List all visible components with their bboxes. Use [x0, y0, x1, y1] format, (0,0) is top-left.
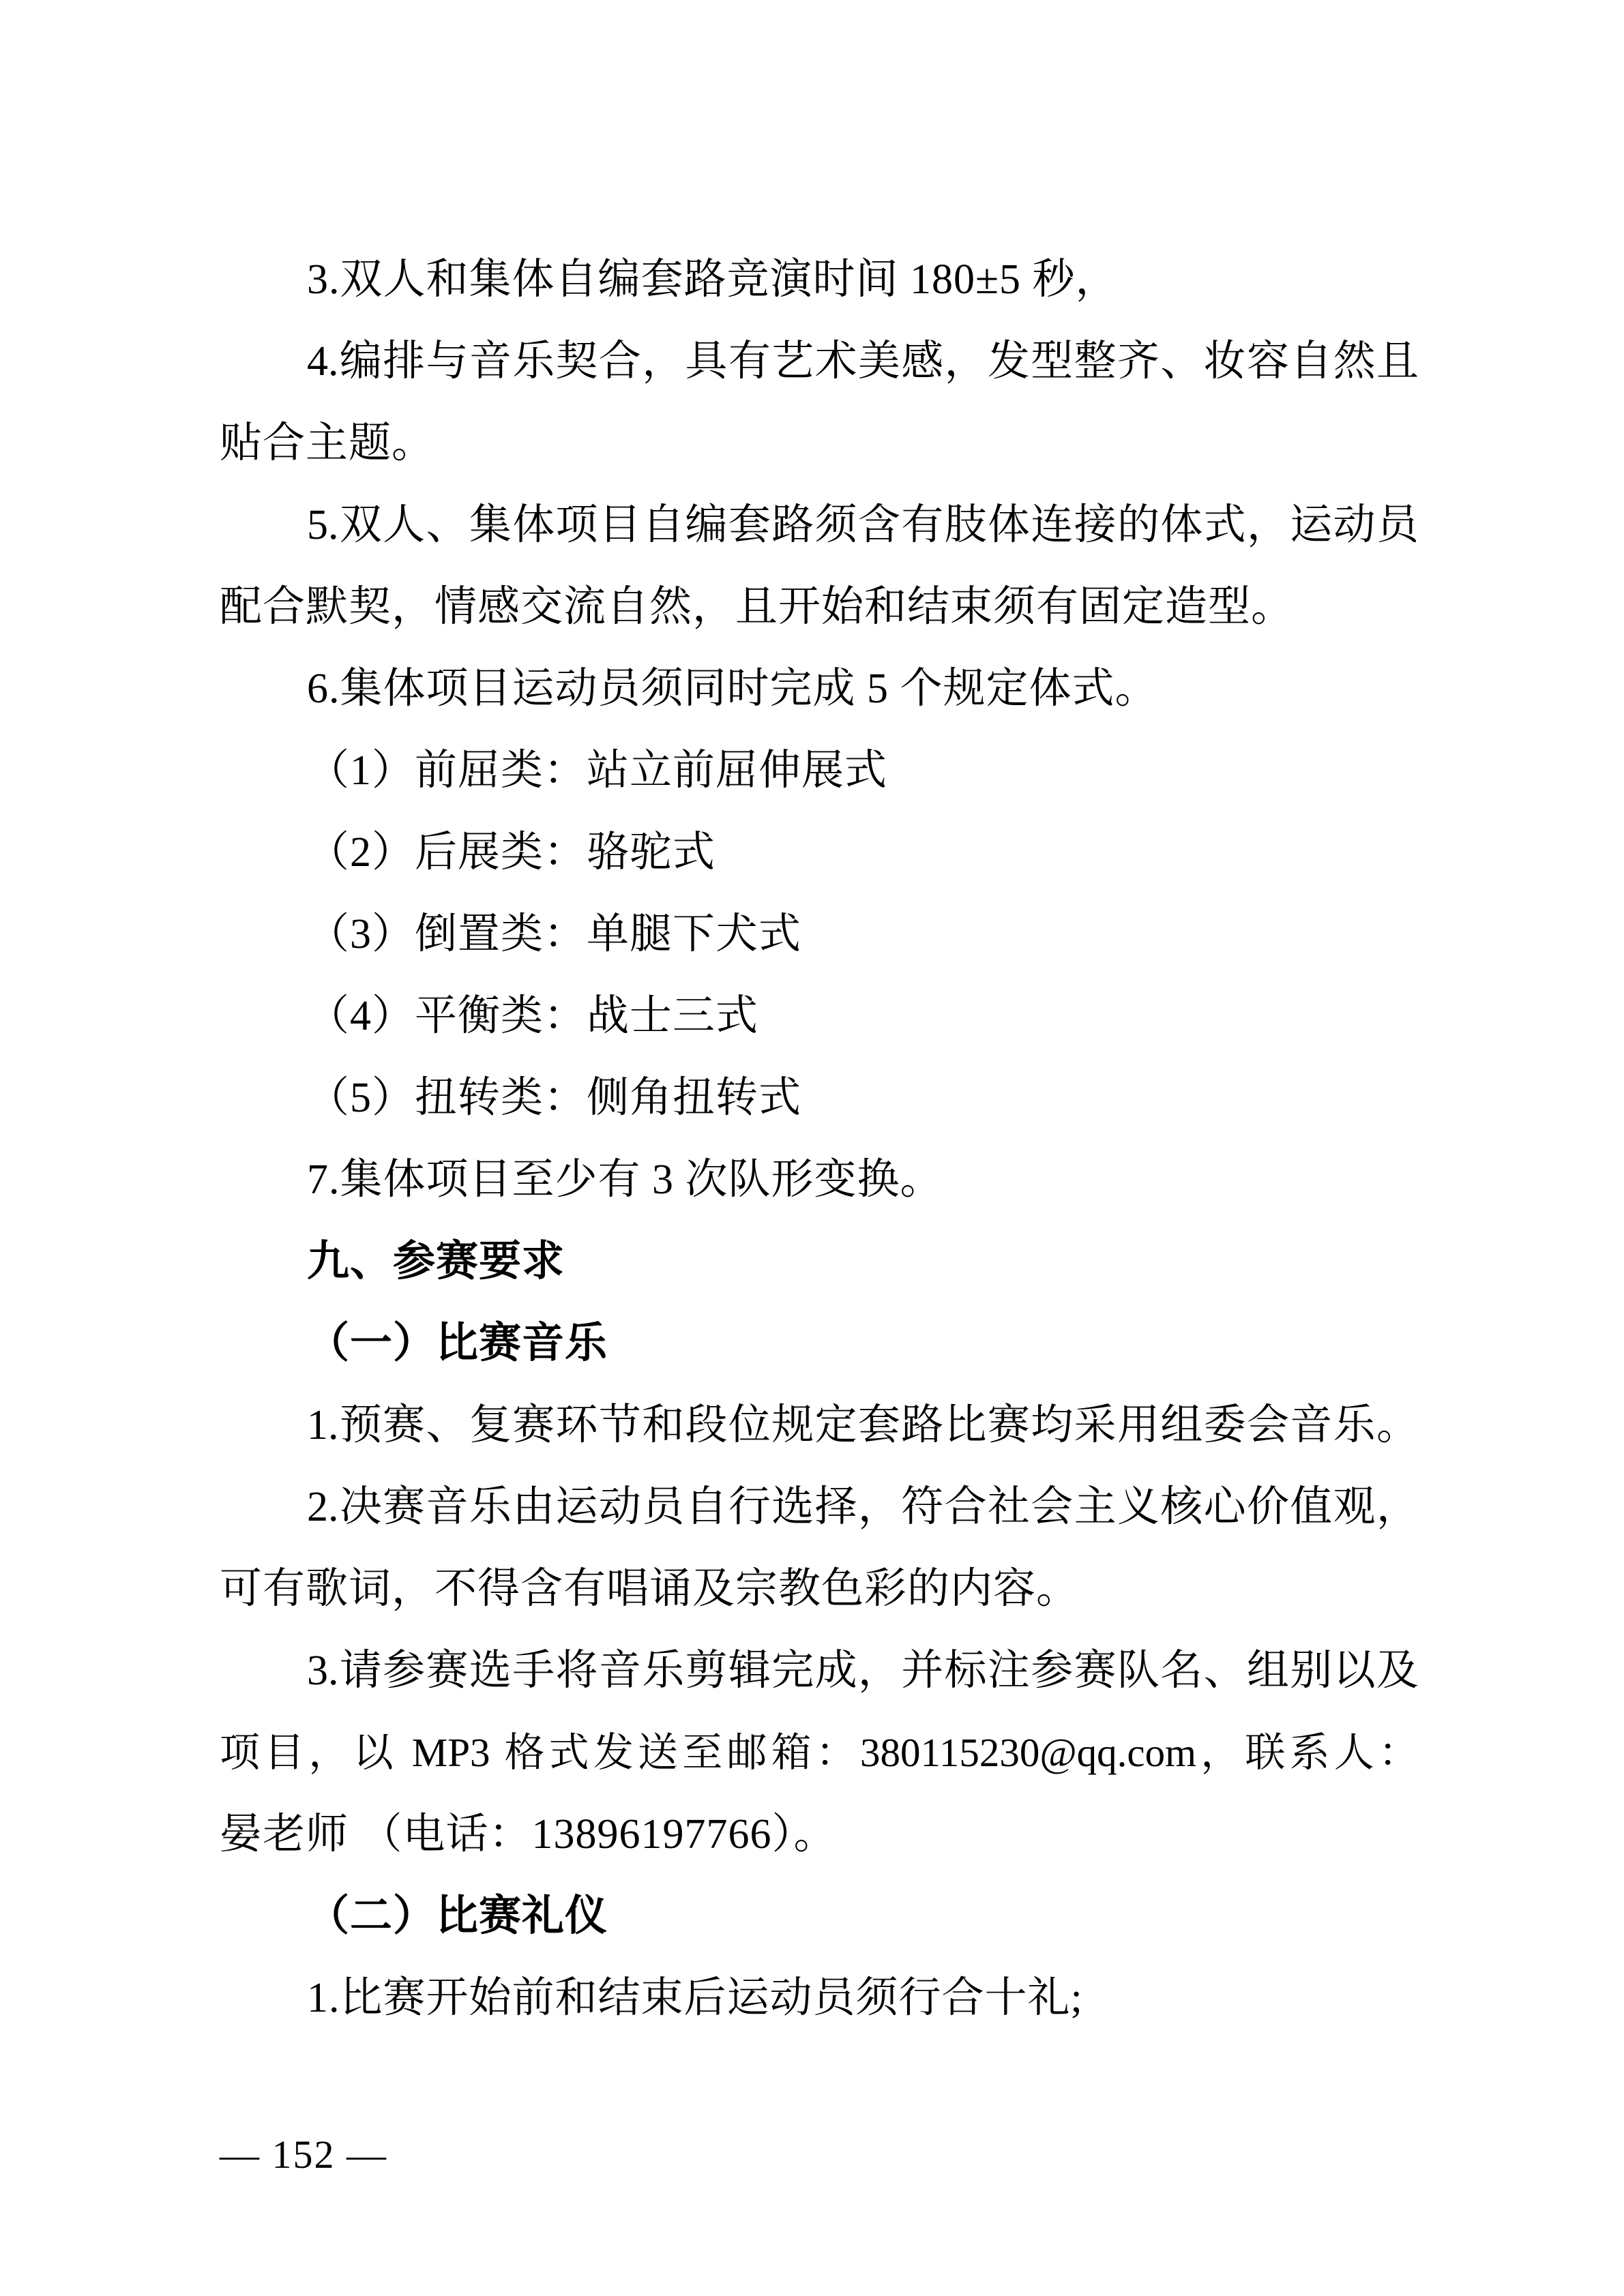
page-number: — 152 — — [220, 2114, 387, 2196]
text-line: 配合默契，情感交流自然，且开始和结束须有固定造型。 — [220, 566, 1419, 648]
subsection-heading: （二）比赛礼仪 — [220, 1875, 1419, 1957]
list-item: （3）倒置类：单腿下犬式 — [220, 893, 1419, 975]
document-body: 3.双人和集体自编套路竞演时间 180±5 秒， 4.编排与音乐契合，具有艺术美… — [220, 239, 1419, 2039]
document-page: 3.双人和集体自编套路竞演时间 180±5 秒， 4.编排与音乐契合，具有艺术美… — [0, 0, 1624, 2296]
list-item: （4）平衡类：战士三式 — [220, 975, 1419, 1057]
text-line: 3.双人和集体自编套路竞演时间 180±5 秒， — [220, 239, 1419, 320]
section-heading: 九、参赛要求 — [220, 1221, 1419, 1302]
text-line: 贴合主题。 — [220, 402, 1419, 484]
text-line: 7.集体项目至少有 3 次队形变换。 — [220, 1139, 1419, 1221]
text-line-email: 项目，以 MP3 格式发送至邮箱：380115230@qq.com，联系人： — [220, 1712, 1419, 1793]
text-line: 可有歌词，不得含有唱诵及宗教色彩的内容。 — [220, 1548, 1419, 1630]
list-item: （2）后展类：骆驼式 — [220, 811, 1419, 893]
text-line: 4.编排与音乐契合，具有艺术美感，发型整齐、妆容自然且 — [220, 320, 1419, 402]
text-line-phone: 晏老师 （电话：13896197766）。 — [220, 1793, 1419, 1875]
text-line: 3.请参赛选手将音乐剪辑完成，并标注参赛队名、组别以及 — [220, 1630, 1419, 1712]
text-line: 1.预赛、复赛环节和段位规定套路比赛均采用组委会音乐。 — [220, 1384, 1419, 1466]
text-line: 1.比赛开始前和结束后运动员须行合十礼; — [220, 1957, 1419, 2039]
text-line: 6.集体项目运动员须同时完成 5 个规定体式。 — [220, 648, 1419, 730]
subsection-heading: （一）比赛音乐 — [220, 1302, 1419, 1384]
text-line: 5.双人、集体项目自编套路须含有肢体连接的体式，运动员 — [220, 484, 1419, 566]
list-item: （5）扭转类：侧角扭转式 — [220, 1057, 1419, 1139]
text-line: 2.决赛音乐由运动员自行选择，符合社会主义核心价值观， — [220, 1466, 1419, 1548]
list-item: （1）前屈类：站立前屈伸展式 — [220, 730, 1419, 811]
